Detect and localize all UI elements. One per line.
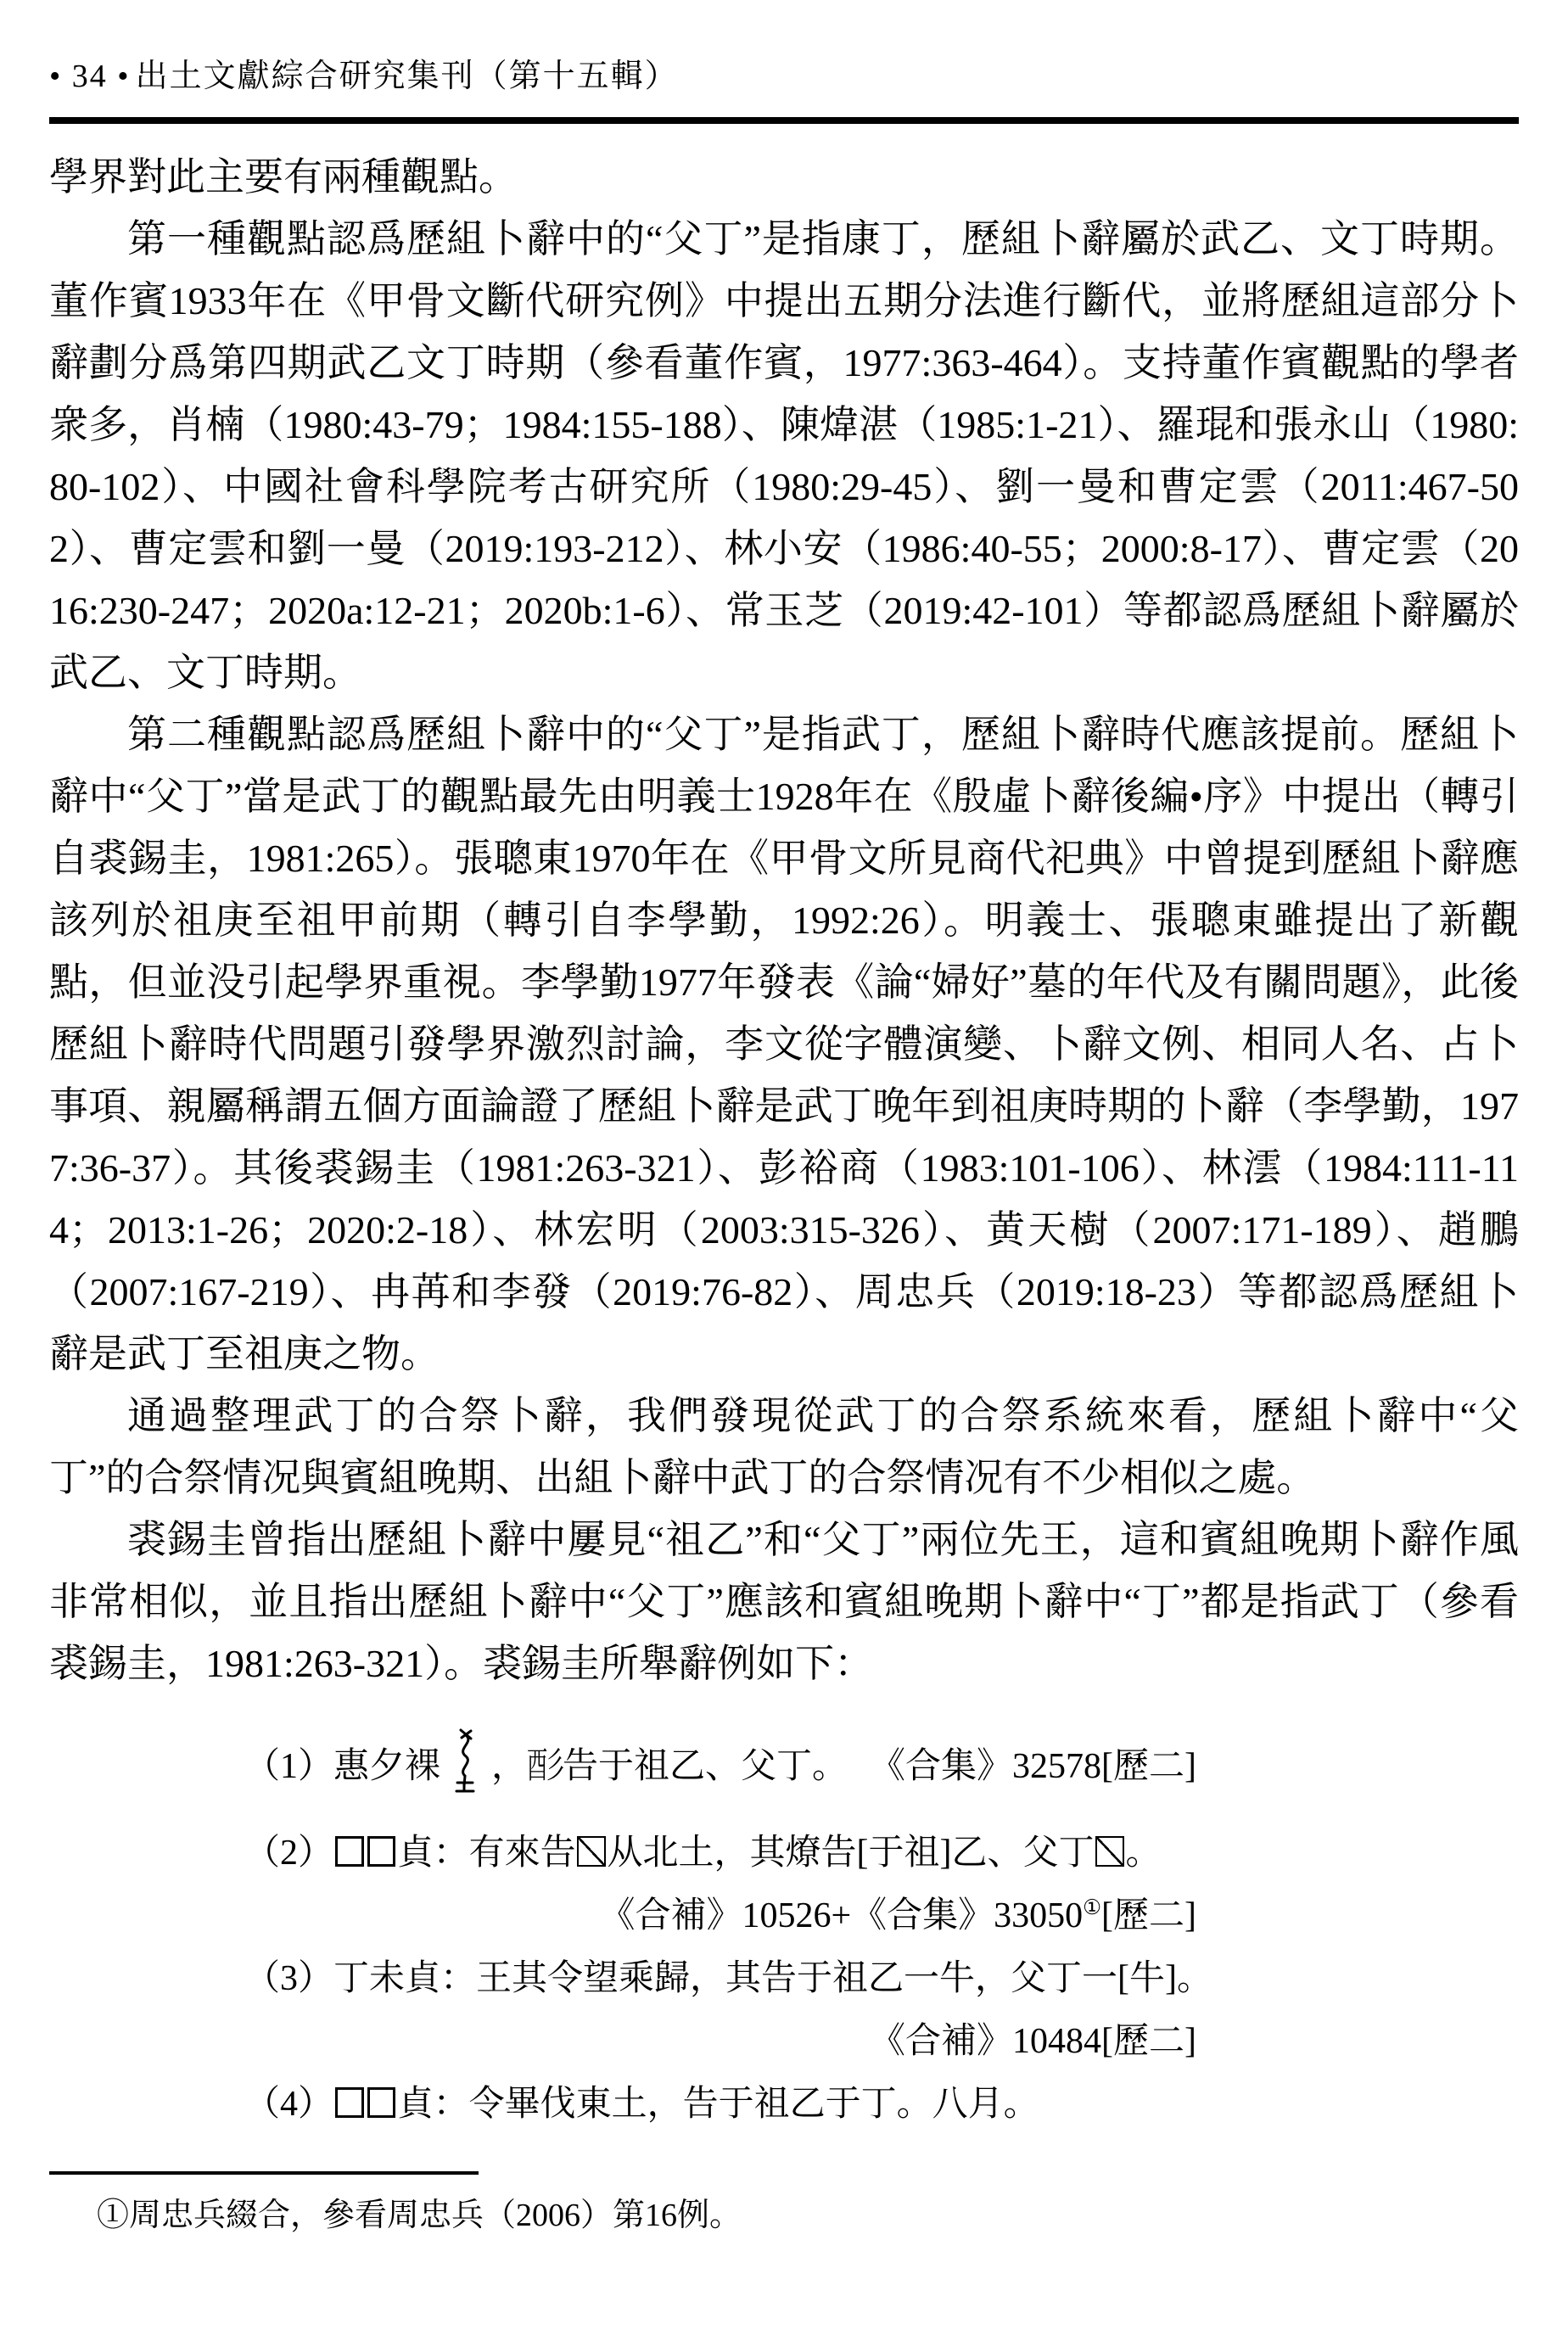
example-2-seg2: 从北土，其燎告[于祖]乙、父丁	[608, 1834, 1095, 1873]
example-2-citation-tail: [歷二]	[1101, 1896, 1196, 1935]
oracle-bone-glyph	[452, 1727, 483, 1800]
paragraph-joint-sacrifice: 通過整理武丁的合祭卜辭，我們發現從武丁的合祭系統來看，歷組卜辭中“父丁”的合祭情…	[49, 1385, 1519, 1509]
example-2-citation: 《合補》10526+《合集》33050①[歷二]	[244, 1884, 1196, 1947]
paragraph-second-view: 第二種觀點認爲歷組卜辭中的“父丁”是指武丁，歷組卜辭時代應該提前。歷組卜辭中“父…	[49, 703, 1519, 1385]
example-3: （3）丁未貞：王其令望乘歸，其告于祖乙一牛，父丁一[牛]。	[244, 1947, 1196, 2010]
journal-title: 出土文獻綜合研究集刊（第十五輯）	[136, 59, 679, 94]
example-4-number: （4）	[244, 2085, 333, 2124]
example-3-number: （3）	[244, 1959, 333, 1998]
ritual-char-right-part: 彡	[545, 1735, 555, 1798]
composed-ritual-character: 酉彡	[527, 1735, 563, 1798]
missing-char-box	[367, 2087, 396, 2118]
example-2-number: （2）	[244, 1834, 333, 1873]
example-4: （4）貞：令畢伐東土，告于祖乙于丁。八月。	[244, 2073, 1196, 2136]
example-1-text: （1）惠夕裸，酉彡告于祖乙、父丁。	[244, 1727, 848, 1800]
running-head: • 34 •出土文獻綜合研究集刊（第十五輯）	[49, 0, 1519, 97]
paragraph-first-view: 第一種觀點認爲歷組卜辭中的“父丁”是指康丁，歷組卜辭屬於武乙、文丁時期。董作賓1…	[49, 208, 1519, 703]
example-3-citation: 《合補》10484[歷二]	[244, 2010, 1196, 2073]
lacuna-box	[1095, 1836, 1124, 1867]
example-1-pre: 惠夕裸	[333, 1747, 440, 1786]
footnote-marker: ①	[97, 2198, 129, 2233]
example-2-citation-main: 《合補》10526+《合集》33050	[599, 1896, 1083, 1935]
paragraph-continuation: 學界對此主要有兩種觀點。	[49, 146, 1519, 208]
example-2-seg1: 貞：有來告	[398, 1834, 576, 1873]
body-text: 學界對此主要有兩種觀點。 第一種觀點認爲歷組卜辭中的“父丁”是指康丁，歷組卜辭屬…	[49, 146, 1519, 1694]
footnote-separator-rule	[49, 2171, 479, 2175]
example-1-comma: ，	[491, 1747, 527, 1786]
example-1: （1）惠夕裸，酉彡告于祖乙、父丁。 《合集》32578[歷二]	[244, 1727, 1196, 1800]
page-number-marker: • 34 •	[49, 59, 131, 94]
paragraph-qiu-xigui: 裘錫圭曾指出歷組卜辭中屢見“祖乙”和“父丁”兩位先王，這和賓組晚期卜辭作風非常相…	[49, 1509, 1519, 1694]
oracle-examples-block: （1）惠夕裸，酉彡告于祖乙、父丁。 《合集》32578[歷二] （2）貞：有來告…	[244, 1727, 1196, 2136]
header-rule	[49, 117, 1519, 124]
example-1-number: （1）	[244, 1747, 333, 1786]
document-page: • 34 •出土文獻綜合研究集刊（第十五輯） 學界對此主要有兩種觀點。 第一種觀…	[0, 0, 1568, 2352]
footnote: ①周忠兵綴合，參看周忠兵（2006）第16例。	[97, 2193, 1519, 2237]
footnote-reference-marker: ①	[1083, 1896, 1101, 1919]
example-1-citation: 《合集》32578[歷二]	[870, 1735, 1196, 1798]
example-4-seg1: 貞：令畢伐東土，告于祖乙于丁。八月。	[398, 2085, 1039, 2124]
example-1-post: 告于祖乙、父丁。	[563, 1747, 848, 1786]
ritual-char-left-part: 酉	[527, 1735, 537, 1798]
example-2: （2）貞：有來告从北土，其燎告[于祖]乙、父丁。	[244, 1822, 1196, 1884]
footnote-text: 周忠兵綴合，參看周忠兵（2006）第16例。	[129, 2198, 742, 2233]
lacuna-box	[577, 1836, 606, 1867]
missing-char-box	[335, 1836, 364, 1867]
missing-char-box	[367, 1836, 396, 1867]
missing-char-box	[335, 2087, 364, 2118]
example-2-seg3: 。	[1125, 1834, 1161, 1873]
example-3-text: 丁未貞：王其令望乘歸，其告于祖乙一牛，父丁一[牛]。	[333, 1959, 1212, 1998]
